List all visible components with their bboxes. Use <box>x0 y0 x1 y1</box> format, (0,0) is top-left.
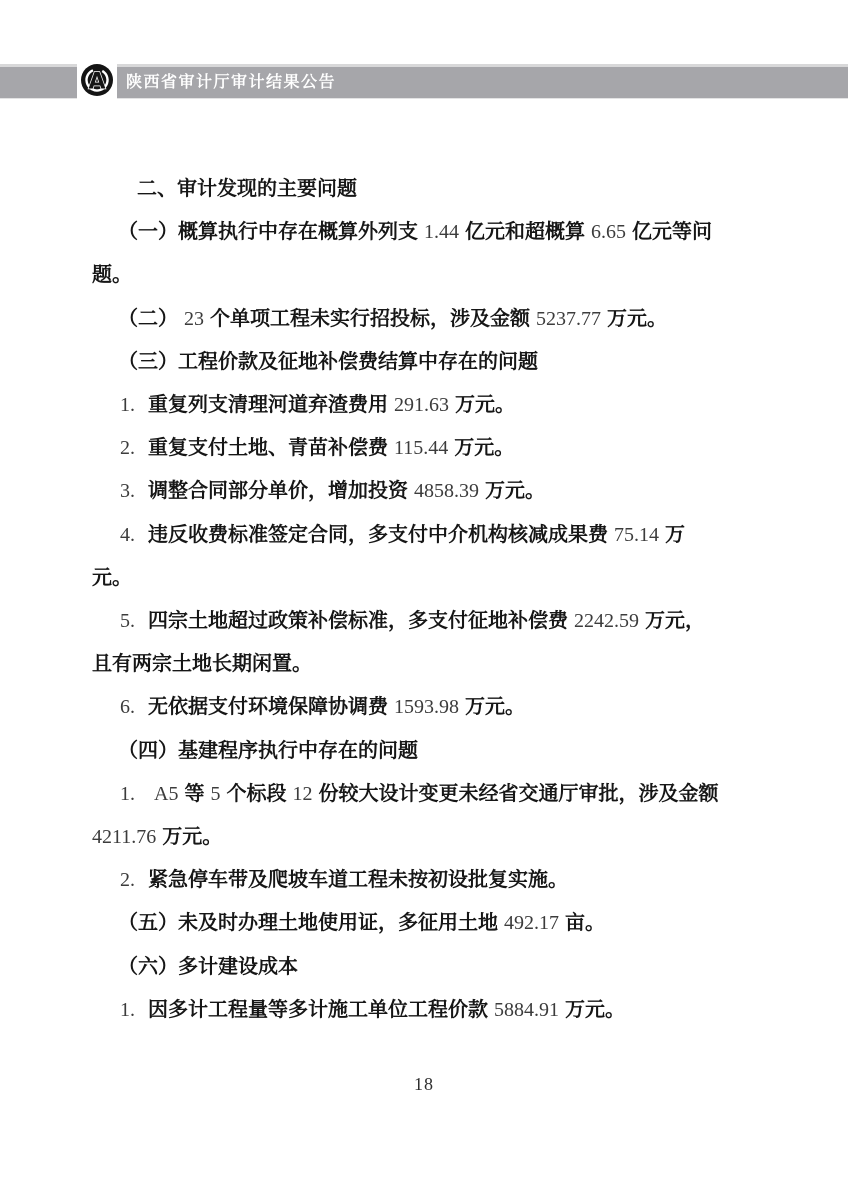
document-page: A 陕西省审计厅审计结果公告 二、审计发现的主要问题 （一）概算执行中存在概算外… <box>0 0 848 1200</box>
text-segment: 因多计工程量等多计施工单位工程价款 <box>148 999 488 1021</box>
text-segment: 万元。 <box>565 999 625 1021</box>
list-item-line: 6.无依据支付环境保障协调费1593.98万元。 <box>92 686 804 729</box>
list-item-line: 3.调整合同部分单价，增加投资4858.39万元。 <box>92 470 804 513</box>
page-number: 18 <box>0 1074 848 1095</box>
logo-box: A <box>77 62 117 102</box>
list-marker: 4. <box>120 524 135 546</box>
list-marker: 5. <box>120 610 135 632</box>
number-value: 23 <box>184 308 204 330</box>
continuation-line: 4211.76万元。 <box>92 816 804 859</box>
text-segment: 四宗土地超过政策补偿标准，多支付征地补偿费 <box>148 610 568 632</box>
text-segment: 题。 <box>92 264 132 286</box>
text-segment: 万元。 <box>607 308 667 330</box>
section-heading: 二、审计发现的主要问题 <box>92 168 804 211</box>
list-item-line: 2.重复支付土地、青苗补偿费115.44万元。 <box>92 427 804 470</box>
audit-emblem-icon: A <box>81 64 113 101</box>
list-item-line: 2.紧急停车带及爬坡车道工程未按初设批复实施。 <box>92 859 804 902</box>
list-marker: 1. <box>120 999 135 1021</box>
continuation-line: 题。 <box>92 254 804 297</box>
number-value: 5884.91 <box>494 999 559 1021</box>
number-value: 1593.98 <box>394 696 459 718</box>
text-segment: 万元。 <box>454 437 514 459</box>
paragraph-line: （三）工程价款及征地补偿费结算中存在的问题 <box>92 341 804 384</box>
number-value: 12 <box>292 783 312 805</box>
text-segment: 份较大设计变更未经省交通厅审批，涉及金额 <box>318 783 718 805</box>
text-segment: 亿元和超概算 <box>465 221 585 243</box>
text-segment: （六）多计建设成本 <box>118 956 298 978</box>
list-item-line: 1.因多计工程量等多计施工单位工程价款5884.91万元。 <box>92 989 804 1032</box>
text-segment: 重复支付土地、青苗补偿费 <box>148 437 388 459</box>
text-segment: 万元。 <box>465 696 525 718</box>
text-segment: 万元。 <box>455 394 515 416</box>
text-segment: （三）工程价款及征地补偿费结算中存在的问题 <box>118 351 538 373</box>
text-segment: 万 <box>665 524 685 546</box>
list-marker: 1. <box>120 394 135 416</box>
text-segment: （二） <box>118 308 178 330</box>
number-value: 4858.39 <box>414 480 479 502</box>
text-segment: 万元， <box>645 610 705 632</box>
list-marker: 6. <box>120 696 135 718</box>
number-value: 115.44 <box>394 437 448 459</box>
list-marker: 3. <box>120 480 135 502</box>
number-value: 1.44 <box>424 221 459 243</box>
paragraph-line: （四）基建程序执行中存在的问题 <box>92 730 804 773</box>
text-segment: 万元。 <box>162 826 222 848</box>
document-body: 二、审计发现的主要问题 （一）概算执行中存在概算外列支1.44亿元和超概算6.6… <box>92 168 804 1032</box>
number-value: 5237.77 <box>536 308 601 330</box>
text-segment: 个单项工程未实行招投标，涉及金额 <box>210 308 530 330</box>
text-segment: 亿元等问 <box>632 221 712 243</box>
text-segment: 亩。 <box>565 912 605 934</box>
svg-text:A: A <box>88 69 105 94</box>
list-item-line: 4.违反收费标准签定合同，多支付中介机构核减成果费75.14万 <box>92 514 804 557</box>
text-segment: 万元。 <box>485 480 545 502</box>
number-value: 6.65 <box>591 221 626 243</box>
text-segment: 调整合同部分单价，增加投资 <box>148 480 408 502</box>
text-segment: 二、审计发现的主要问题 <box>137 178 357 200</box>
text-segment: 重复列支清理河道弃渣费用 <box>148 394 388 416</box>
paragraph-line: （一）概算执行中存在概算外列支1.44亿元和超概算6.65亿元等问 <box>92 211 804 254</box>
text-segment: 等 <box>184 783 204 805</box>
text-segment: （四）基建程序执行中存在的问题 <box>118 740 418 762</box>
text-segment: 无依据支付环境保障协调费 <box>148 696 388 718</box>
text-segment: 紧急停车带及爬坡车道工程未按初设批复实施。 <box>148 869 568 891</box>
text-segment: （五）未及时办理土地使用证，多征用土地 <box>118 912 498 934</box>
paragraph-line: （二）23个单项工程未实行招投标，涉及金额5237.77万元。 <box>92 298 804 341</box>
text-segment: （一）概算执行中存在概算外列支 <box>118 221 418 243</box>
text-segment: 违反收费标准签定合同，多支付中介机构核减成果费 <box>148 524 608 546</box>
list-item-line: 1.A5等5个标段12份较大设计变更未经省交通厅审批，涉及金额 <box>92 773 804 816</box>
list-item-line: 5.四宗土地超过政策补偿标准，多支付征地补偿费2242.59万元， <box>92 600 804 643</box>
continuation-line: 且有两宗土地长期闲置。 <box>92 643 804 686</box>
number-value: A5 <box>154 783 178 805</box>
text-segment: 且有两宗土地长期闲置。 <box>92 653 312 675</box>
number-value: 4211.76 <box>92 826 156 848</box>
number-value: 5 <box>210 783 220 805</box>
list-marker: 1. <box>120 783 135 805</box>
number-value: 2242.59 <box>574 610 639 632</box>
text-segment: 个标段 <box>226 783 286 805</box>
header-title: 陕西省审计厅审计结果公告 <box>126 67 336 98</box>
text-segment: 元。 <box>92 567 132 589</box>
paragraph-line: （六）多计建设成本 <box>92 946 804 989</box>
number-value: 291.63 <box>394 394 449 416</box>
number-value: 492.17 <box>504 912 559 934</box>
list-marker: 2. <box>120 869 135 891</box>
list-item-line: 1.重复列支清理河道弃渣费用291.63万元。 <box>92 384 804 427</box>
continuation-line: 元。 <box>92 557 804 600</box>
number-value: 75.14 <box>614 524 659 546</box>
list-marker: 2. <box>120 437 135 459</box>
paragraph-line: （五）未及时办理土地使用证，多征用土地492.17亩。 <box>92 902 804 945</box>
